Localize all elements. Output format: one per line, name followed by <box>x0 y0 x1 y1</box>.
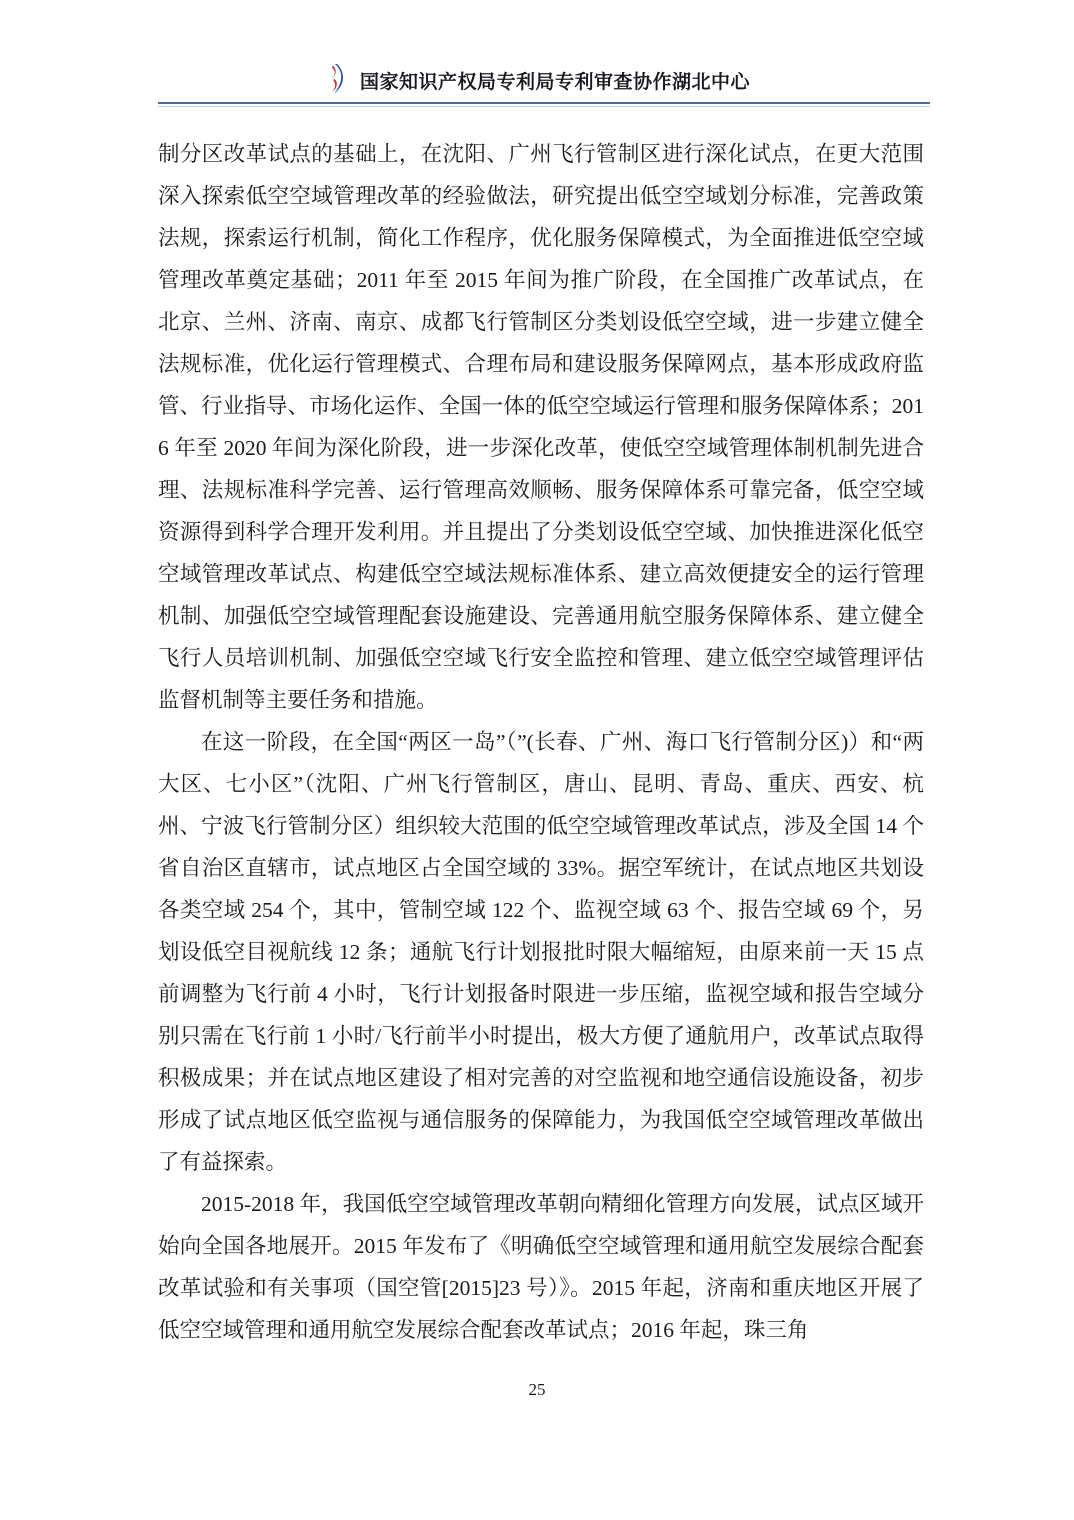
sipo-logo-icon <box>324 63 348 97</box>
header-title: 国家知识产权局专利局专利审查协作湖北中心 <box>360 67 750 94</box>
header-divider-thin-line <box>158 106 930 107</box>
header-row: 国家知识产权局专利局专利审查协作湖北中心 <box>0 62 1074 98</box>
document-body: 制分区改革试点的基础上，在沈阳、广州飞行管制区进行深化试点，在更大范围深入探索低… <box>158 133 924 1351</box>
header-divider <box>158 102 930 107</box>
paragraph: 在这一阶段，在全国“两区一岛”（”(长春、广州、海口飞行管制分区)）和“两大区、… <box>158 721 924 1183</box>
page-header: 国家知识产权局专利局专利审查协作湖北中心 <box>0 0 1074 107</box>
paragraph: 2015-2018 年，我国低空空域管理改革朝向精细化管理方向发展，试点区域开始… <box>158 1183 924 1351</box>
page-footer: 25 <box>0 1380 1074 1400</box>
header-divider-thick-line <box>158 102 930 104</box>
document-page: 国家知识产权局专利局专利审查协作湖北中心 制分区改革试点的基础上，在沈阳、广州飞… <box>0 0 1074 1520</box>
paragraph: 制分区改革试点的基础上，在沈阳、广州飞行管制区进行深化试点，在更大范围深入探索低… <box>158 133 924 721</box>
page-number: 25 <box>529 1380 546 1399</box>
